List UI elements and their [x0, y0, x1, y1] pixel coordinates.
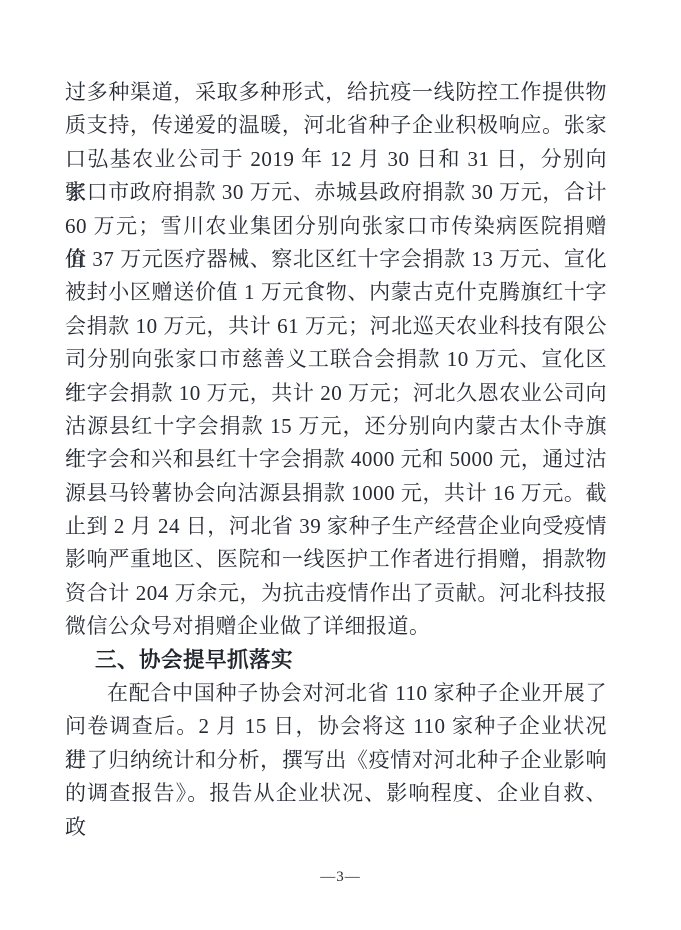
text-line: 被封小区赠送价值 1 万元食物、内蒙古克什克腾旗红十字	[65, 276, 607, 309]
text-line: 微信公众号对捐赠企业做了详细报道。	[65, 610, 607, 643]
text-line: 止到 2 月 24 日，河北省 39 家种子生产经营企业向受疫情	[65, 510, 607, 543]
text-line: 资合计 204 万余元，为抗击疫情作出了贡献。河北科技报	[65, 577, 607, 610]
section-heading: 三、协会提早抓落实	[65, 644, 607, 677]
text-line: 源县马铃薯协会向沽源县捐款 1000 元，共计 16 万元。截	[65, 477, 607, 510]
text-line: 60 万元；雪川农业集团分别向张家口市传染病医院捐赠价	[65, 210, 607, 243]
text-line: 家口市政府捐款 30 万元、赤城县政府捐款 30 万元，合计	[65, 176, 607, 209]
text-line: 会捐款 10 万元，共计 61 万元；河北巡天农业科技有限公	[65, 310, 607, 343]
text-line: 司分别向张家口市慈善义工联合会捐款 10 万元、宣化区红	[65, 343, 607, 376]
text-line: 口弘基农业公司于 2019 年 12 月 30 日和 31 日，分别向张	[65, 143, 607, 176]
document-body: 过多种渠道，采取多种形式，给抗疫一线防控工作提供物 质支持，传递爱的温暖，河北省…	[65, 76, 607, 811]
text-line: 影响严重地区、医院和一线医护工作者进行捐赠，捐款物	[65, 543, 607, 576]
text-line: 十字会捐款 10 万元，共计 20 万元；河北久恩农业公司向	[65, 377, 607, 410]
text-line: 行了归纳统计和分析，撰写出《疫情对河北种子企业影响	[65, 744, 607, 777]
document-page: 过多种渠道，采取多种形式，给抗疫一线防控工作提供物 质支持，传递爱的温暖，河北省…	[0, 0, 681, 930]
text-line: 的调查报告》。报告从企业状况、影响程度、企业自救、政	[65, 777, 607, 810]
page-number: —3—	[0, 868, 681, 886]
text-line: 在配合中国种子协会对河北省 110 家种子企业开展了	[65, 677, 607, 710]
text-line: 值 37 万元医疗器械、察北区红十字会捐款 13 万元、宣化	[65, 243, 607, 276]
text-line: 过多种渠道，采取多种形式，给抗疫一线防控工作提供物	[65, 76, 607, 109]
text-line: 问卷调查后。2 月 15 日，协会将这 110 家种子企业状况进	[65, 710, 607, 743]
text-line: 十字会和兴和县红十字会捐款 4000 元和 5000 元，通过沽	[65, 443, 607, 476]
text-line: 沽源县红十字会捐款 15 万元，还分别向内蒙古太仆寺旗红	[65, 410, 607, 443]
text-line: 质支持，传递爱的温暖，河北省种子企业积极响应。张家	[65, 109, 607, 142]
